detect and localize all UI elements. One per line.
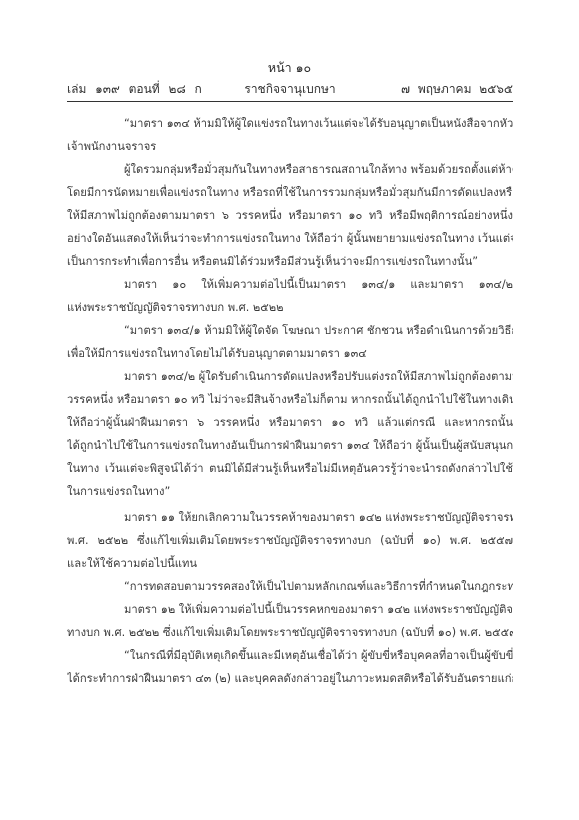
text-line: เพื่อให้มีการแข่งรถในทางโดยไม่ได้รับอนุญ… [67, 342, 513, 365]
page-number: หน้า ๑๐ [0, 60, 579, 76]
text-line: เป็นการกระทำเพื่อการอื่น หรือตนมิได้ร่วม… [67, 250, 513, 273]
text-line: เจ้าพนักงานจราจร [67, 135, 513, 158]
running-header: เล่ม ๑๓๙ ตอนที่ ๒๘ ก ราชกิจจานุเบกษา ๗ พ… [67, 81, 513, 97]
text-line-paragraph: ผู้ใดรวมกลุ่มหรือมั่วสุมกันในทางหรือสาธา… [67, 158, 513, 181]
text-line: ได้กระทำการฝ่าฝืนมาตรา ๔๓ (๒) และบุคคลดั… [67, 667, 513, 690]
text-line: โดยมีการนัดหมายเพื่อแข่งรถในทาง หรือรถที… [67, 181, 513, 204]
header-divider [67, 101, 513, 102]
text-line-section-134-1: “มาตรา ๑๓๔/๑ ห้ามมิให้ผู้ใดจัด โฆษณา ประ… [67, 319, 513, 342]
text-line-section-10: มาตรา ๑๐ ให้เพิ่มความต่อไปนี้เป็นมาตรา ๑… [67, 273, 513, 296]
text-line-section-134: “มาตรา ๑๓๔ ห้ามมิให้ผู้ใดแข่งรถในทางเว้น… [67, 112, 513, 135]
text-line: วรรคหนึ่ง หรือมาตรา ๑๐ ทวิ ไม่ว่าจะมีสิน… [67, 388, 513, 411]
text-line-section-134-2: มาตรา ๑๓๔/๒ ผู้ใดรับดำเนินการดัดแปลงหรือ… [67, 365, 513, 388]
publication-date: ๗ พฤษภาคม ๒๕๖๕ [401, 81, 513, 97]
text-line: พ.ศ. ๒๕๒๒ ซึ่งแก้ไขเพิ่มเติมโดยพระราชบัญ… [67, 529, 513, 552]
text-line: และให้ใช้ความต่อไปนี้แทน [67, 552, 513, 575]
text-line: แห่งพระราชบัญญัติจราจรทางบก พ.ศ. ๒๕๒๒ [67, 296, 513, 319]
text-line: ในทาง เว้นแต่จะพิสูจน์ได้ว่า ตนมิได้มีส่… [67, 457, 513, 480]
text-line-section-11: มาตรา ๑๑ ให้ยกเลิกความในวรรคห้าของมาตรา … [67, 506, 513, 529]
text-line: ทางบก พ.ศ. ๒๕๒๒ ซึ่งแก้ไขเพิ่มเติมโดยพระ… [67, 621, 513, 644]
text-line: ให้มีสภาพไม่ถูกต้องตามมาตรา ๖ วรรคหนึ่ง … [67, 204, 513, 227]
text-line: อย่างใดอันแสดงให้เห็นว่าจะทำการแข่งรถในท… [67, 227, 513, 250]
text-line-quoted-paragraph: “ในกรณีที่มีอุบัติเหตุเกิดขึ้นและมีเหตุอ… [67, 644, 513, 667]
text-line: ในการแข่งรถในทาง” [67, 480, 513, 503]
text-line: ได้ถูกนำไปใช้ในการแข่งรถในทางอันเป็นการฝ… [67, 434, 513, 457]
document-body: “มาตรา ๑๓๔ ห้ามมิให้ผู้ใดแข่งรถในทางเว้น… [67, 112, 513, 690]
text-line-section-12: มาตรา ๑๒ ให้เพิ่มความต่อไปนี้เป็นวรรคหกข… [67, 598, 513, 621]
text-line-quoted-amendment: “การทดสอบตามวรรคสองให้เป็นไปตามหลักเกณฑ์… [67, 575, 513, 598]
text-line: ให้ถือว่าผู้นั้นฝ่าฝืนมาตรา ๖ วรรคหนึ่ง … [67, 411, 513, 434]
